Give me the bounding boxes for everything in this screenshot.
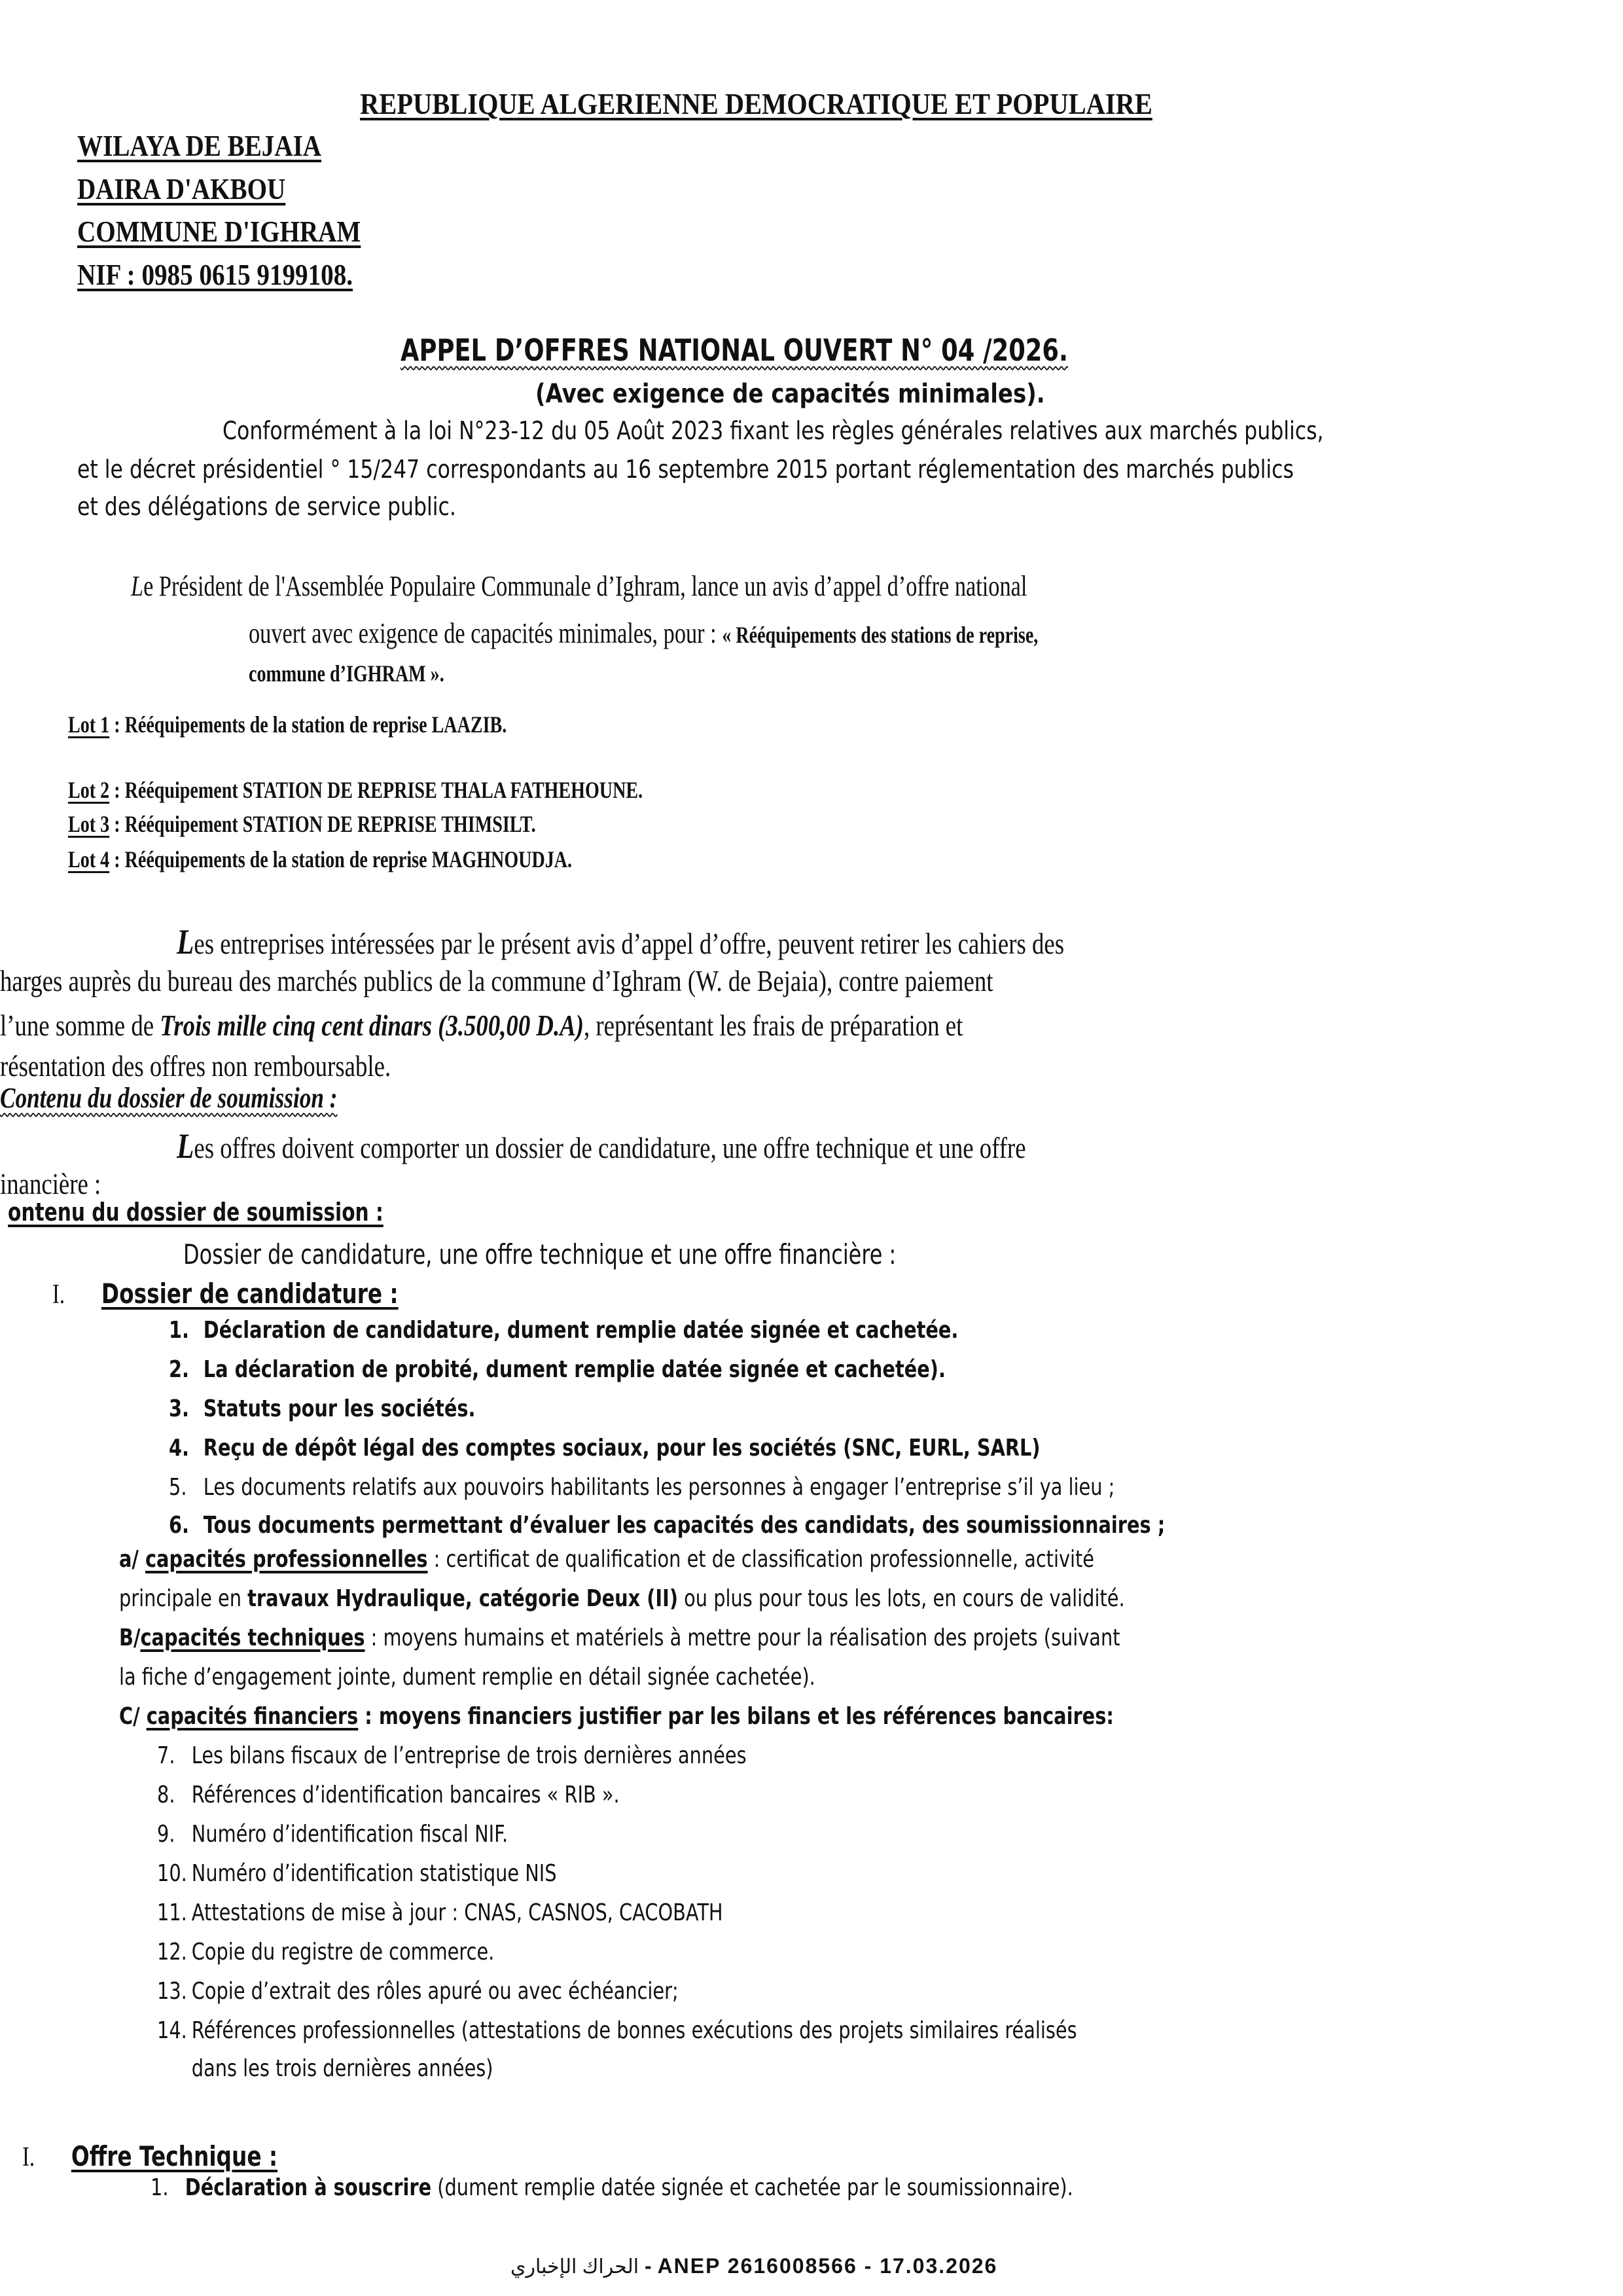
capacity-professional: a/ capacités professionnelles : certific… [119,1546,1094,1573]
lot-item: Lot 4 : Rééquipements de la station de r… [68,846,572,873]
republic-heading: REPUBLIQUE ALGERIENNE DEMOCRATIQUE ET PO… [360,86,1152,121]
capacity-label: capacités financiers [147,1703,359,1730]
capacity-label: capacités techniques [140,1624,365,1651]
item-number: 12. [157,1939,192,1965]
project-name-a: « Rééquipements des stations de reprise, [722,622,1038,648]
capacity-professional-2: principale en travaux Hydraulique, catég… [119,1585,1125,1612]
capacity-technical-2: la fiche d’engagement jointe, dument rem… [119,1664,815,1691]
section-title: Offre Technique : [71,2140,277,2172]
roman-numeral: I. [52,1279,101,1310]
list-item: 1.Déclaration à souscrire (dument rempli… [151,2174,1073,2201]
list-item: 14.Références professionnelles (attestat… [157,2017,1077,2044]
tender-title: APPEL D’OFFRES NATIONAL OUVERT N° 04 /20… [401,332,1068,368]
lot-item: Lot 2 : Rééquipement STATION DE REPRISE … [68,776,643,804]
list-item: dans les trois dernières années) [157,2055,493,2082]
companies-line-3: l’une somme de Trois mille cinq cent din… [0,1008,963,1043]
item-number: 8. [157,1782,192,1808]
companies-line-4: résentation des offres non remboursable. [0,1049,391,1083]
legal-basis-line-1: Conformément à la loi N°23-12 du 05 Août… [223,416,1324,445]
capacity-text: : moyens humains et matériels à mettre p… [365,1624,1120,1651]
item-text: Références d’identification bancaires « … [192,1782,620,1808]
list-item: 11.Attestations de mise à jour : CNAS, C… [157,1899,723,1926]
dossier-intro: Dossier de candidature, une offre techni… [183,1238,896,1270]
list-item: 13.Copie d’extrait des rôles apuré ou av… [157,1978,679,2005]
item-number: 11. [157,1899,192,1926]
list-item: 3.Statuts pour les sociétés. [169,1395,475,1422]
dropcap: L [177,922,194,961]
item-number: 1. [169,1317,204,1344]
submission-content-heading-2: ontenu du dossier de soumission : [8,1198,383,1227]
item-text: Les documents relatifs aux pouvoirs habi… [204,1474,1115,1501]
category-requirement: travaux Hydraulique, catégorie Deux (II) [247,1585,678,1612]
capacity-text: principale en [119,1585,247,1612]
item-text: La déclaration de probité, dument rempli… [204,1356,946,1383]
capacity-label: capacités professionnelles [145,1546,428,1573]
item-text: Numéro d’identification statistique NIS [192,1860,557,1887]
president-text-2: ouvert avec exigence de capacités minima… [249,617,722,649]
capacity-prefix: C/ [119,1703,147,1730]
tender-subtitle: (Avec exigence de capacités minimales). [535,379,1045,409]
capacity-technical: B/capacités techniques : moyens humains … [119,1624,1120,1651]
legal-basis-line-3: et des délégations de service public. [77,492,456,521]
lot-label: Lot 4 [68,846,109,872]
president-text-1: e Président de l'Assemblée Populaire Com… [143,570,1027,602]
legal-basis-line-2: et le décret présidentiel ° 15/247 corre… [77,455,1294,484]
item-number: 1. [151,2174,185,2201]
capacity-financial: C/ capacités financiers : moyens financi… [119,1703,1114,1730]
capacity-prefix: a/ [119,1546,145,1573]
lot-text: : Rééquipements de la station de reprise… [109,846,572,872]
commune-label: COMMUNE D'IGHRAM [77,214,361,249]
item-number: 4. [169,1435,204,1462]
item-number: 10. [157,1860,192,1887]
nif-label: NIF : 0985 0615 9199108. [77,257,353,292]
roman-numeral: I. [22,2142,71,2173]
footer-separator: - [639,2254,657,2278]
list-item: 7.Les bilans fiscaux de l’entreprise de … [157,1742,747,1769]
companies-text-3a: l’une somme de [0,1009,160,1042]
item-text: Déclaration de candidature, dument rempl… [204,1317,959,1344]
lot-text: : Rééquipement STATION DE REPRISE THIMSI… [109,811,535,837]
item-emphasis: Déclaration à souscrire [185,2174,431,2201]
section-technical-offer: I.Offre Technique : [22,2140,277,2173]
item-text: Copie du registre de commerce. [192,1939,495,1965]
wilaya-label: WILAYA DE BEJAIA [77,128,321,163]
item-number: 5. [169,1474,204,1501]
lot-text: : Rééquipements de la station de reprise… [109,711,507,738]
item-text: Statuts pour les sociétés. [204,1395,476,1422]
lot-item: Lot 1 : Rééquipements de la station de r… [68,711,507,738]
fee-amount: Trois mille cinq cent dinars (3.500,00 D… [160,1009,584,1042]
section-title: Dossier de candidature : [101,1278,399,1310]
item-number: 7. [157,1742,192,1769]
list-item: 12.Copie du registre de commerce. [157,1939,494,1965]
list-item: 4.Reçu de dépôt légal des comptes sociau… [169,1435,1041,1462]
list-item: 6.Tous documents permettant d’évaluer le… [169,1512,1165,1539]
offers-text-1: es offres doivent comporter un dossier d… [194,1131,1026,1164]
list-item: 2.La déclaration de probité, dument remp… [169,1356,946,1383]
list-item: 9.Numéro d’identification fiscal NIF. [157,1821,508,1848]
lot-text: : Rééquipement STATION DE REPRISE THALA … [109,777,643,803]
item-text: Copie d’extrait des rôles apuré ou avec … [192,1978,679,2005]
item-text: Références professionnelles (attestation… [192,2017,1077,2044]
offers-line-1: Les offres doivent comporter un dossier … [177,1126,1026,1166]
submission-content-heading: Contenu du dossier de soumission : [0,1081,337,1115]
project-name-b: commune d’IGHRAM ». [249,660,444,687]
companies-text-3b: , représentant les frais de préparation … [584,1009,963,1042]
item-text: Numéro d’identification fiscal NIF. [192,1821,508,1848]
daira-label: DAIRA D'AKBOU [77,171,285,206]
companies-text-1: es entreprises intéressées par le présen… [194,927,1064,960]
item-text: (dument remplie datée signée et cachetée… [431,2174,1073,2201]
item-text: Attestations de mise à jour : CNAS, CASN… [192,1899,723,1926]
offers-line-2: inancière : [0,1166,101,1201]
item-number: 2. [169,1356,204,1383]
newspaper-name: الحراك الإخباري [510,2256,639,2278]
lot-label: Lot 2 [68,777,109,803]
item-text: Tous documents permettant d’évaluer les … [204,1512,1165,1539]
capacity-text: : certificat de qualification et de clas… [428,1546,1095,1573]
anep-reference: ANEP 2616008566 - 17.03.2026 [658,2254,998,2278]
capacity-text: ou plus pour tous les lots, en cours de … [678,1585,1125,1612]
list-item: 8.Références d’identification bancaires … [157,1782,620,1808]
lot-label: Lot 1 [68,711,109,738]
publication-footer: الحراك الإخباري - ANEP 2616008566 - 17.0… [510,2254,997,2278]
dropcap: L [131,570,143,602]
item-number: 13. [157,1978,192,2005]
item-number: 6. [169,1512,204,1539]
section-candidature: I.Dossier de candidature : [52,1278,399,1310]
item-number: 3. [169,1395,204,1422]
companies-line-2: harges auprès du bureau des marchés publ… [0,963,993,998]
item-number: 9. [157,1821,192,1848]
item-number: 14. [157,2017,192,2044]
companies-line-1: Les entreprises intéressées par le prése… [177,922,1064,962]
item-text: Reçu de dépôt légal des comptes sociaux,… [204,1435,1041,1462]
president-line-1: Le Président de l'Assemblée Populaire Co… [131,569,1027,603]
item-text: dans les trois dernières années) [192,2055,493,2082]
president-line-2: ouvert avec exigence de capacités minima… [249,617,1038,650]
item-text: Les bilans fiscaux de l’entreprise de tr… [192,1742,747,1769]
capacity-prefix: B/ [119,1624,140,1651]
lot-label: Lot 3 [68,811,109,837]
capacity-text: : moyens financiers justifier par les bi… [358,1703,1114,1730]
list-item: 5.Les documents relatifs aux pouvoirs ha… [169,1474,1115,1501]
list-item: 10.Numéro d’identification statistique N… [157,1860,557,1887]
dropcap: L [177,1126,194,1166]
list-item: 1.Déclaration de candidature, dument rem… [169,1317,958,1344]
lot-item: Lot 3 : Rééquipement STATION DE REPRISE … [68,810,536,838]
